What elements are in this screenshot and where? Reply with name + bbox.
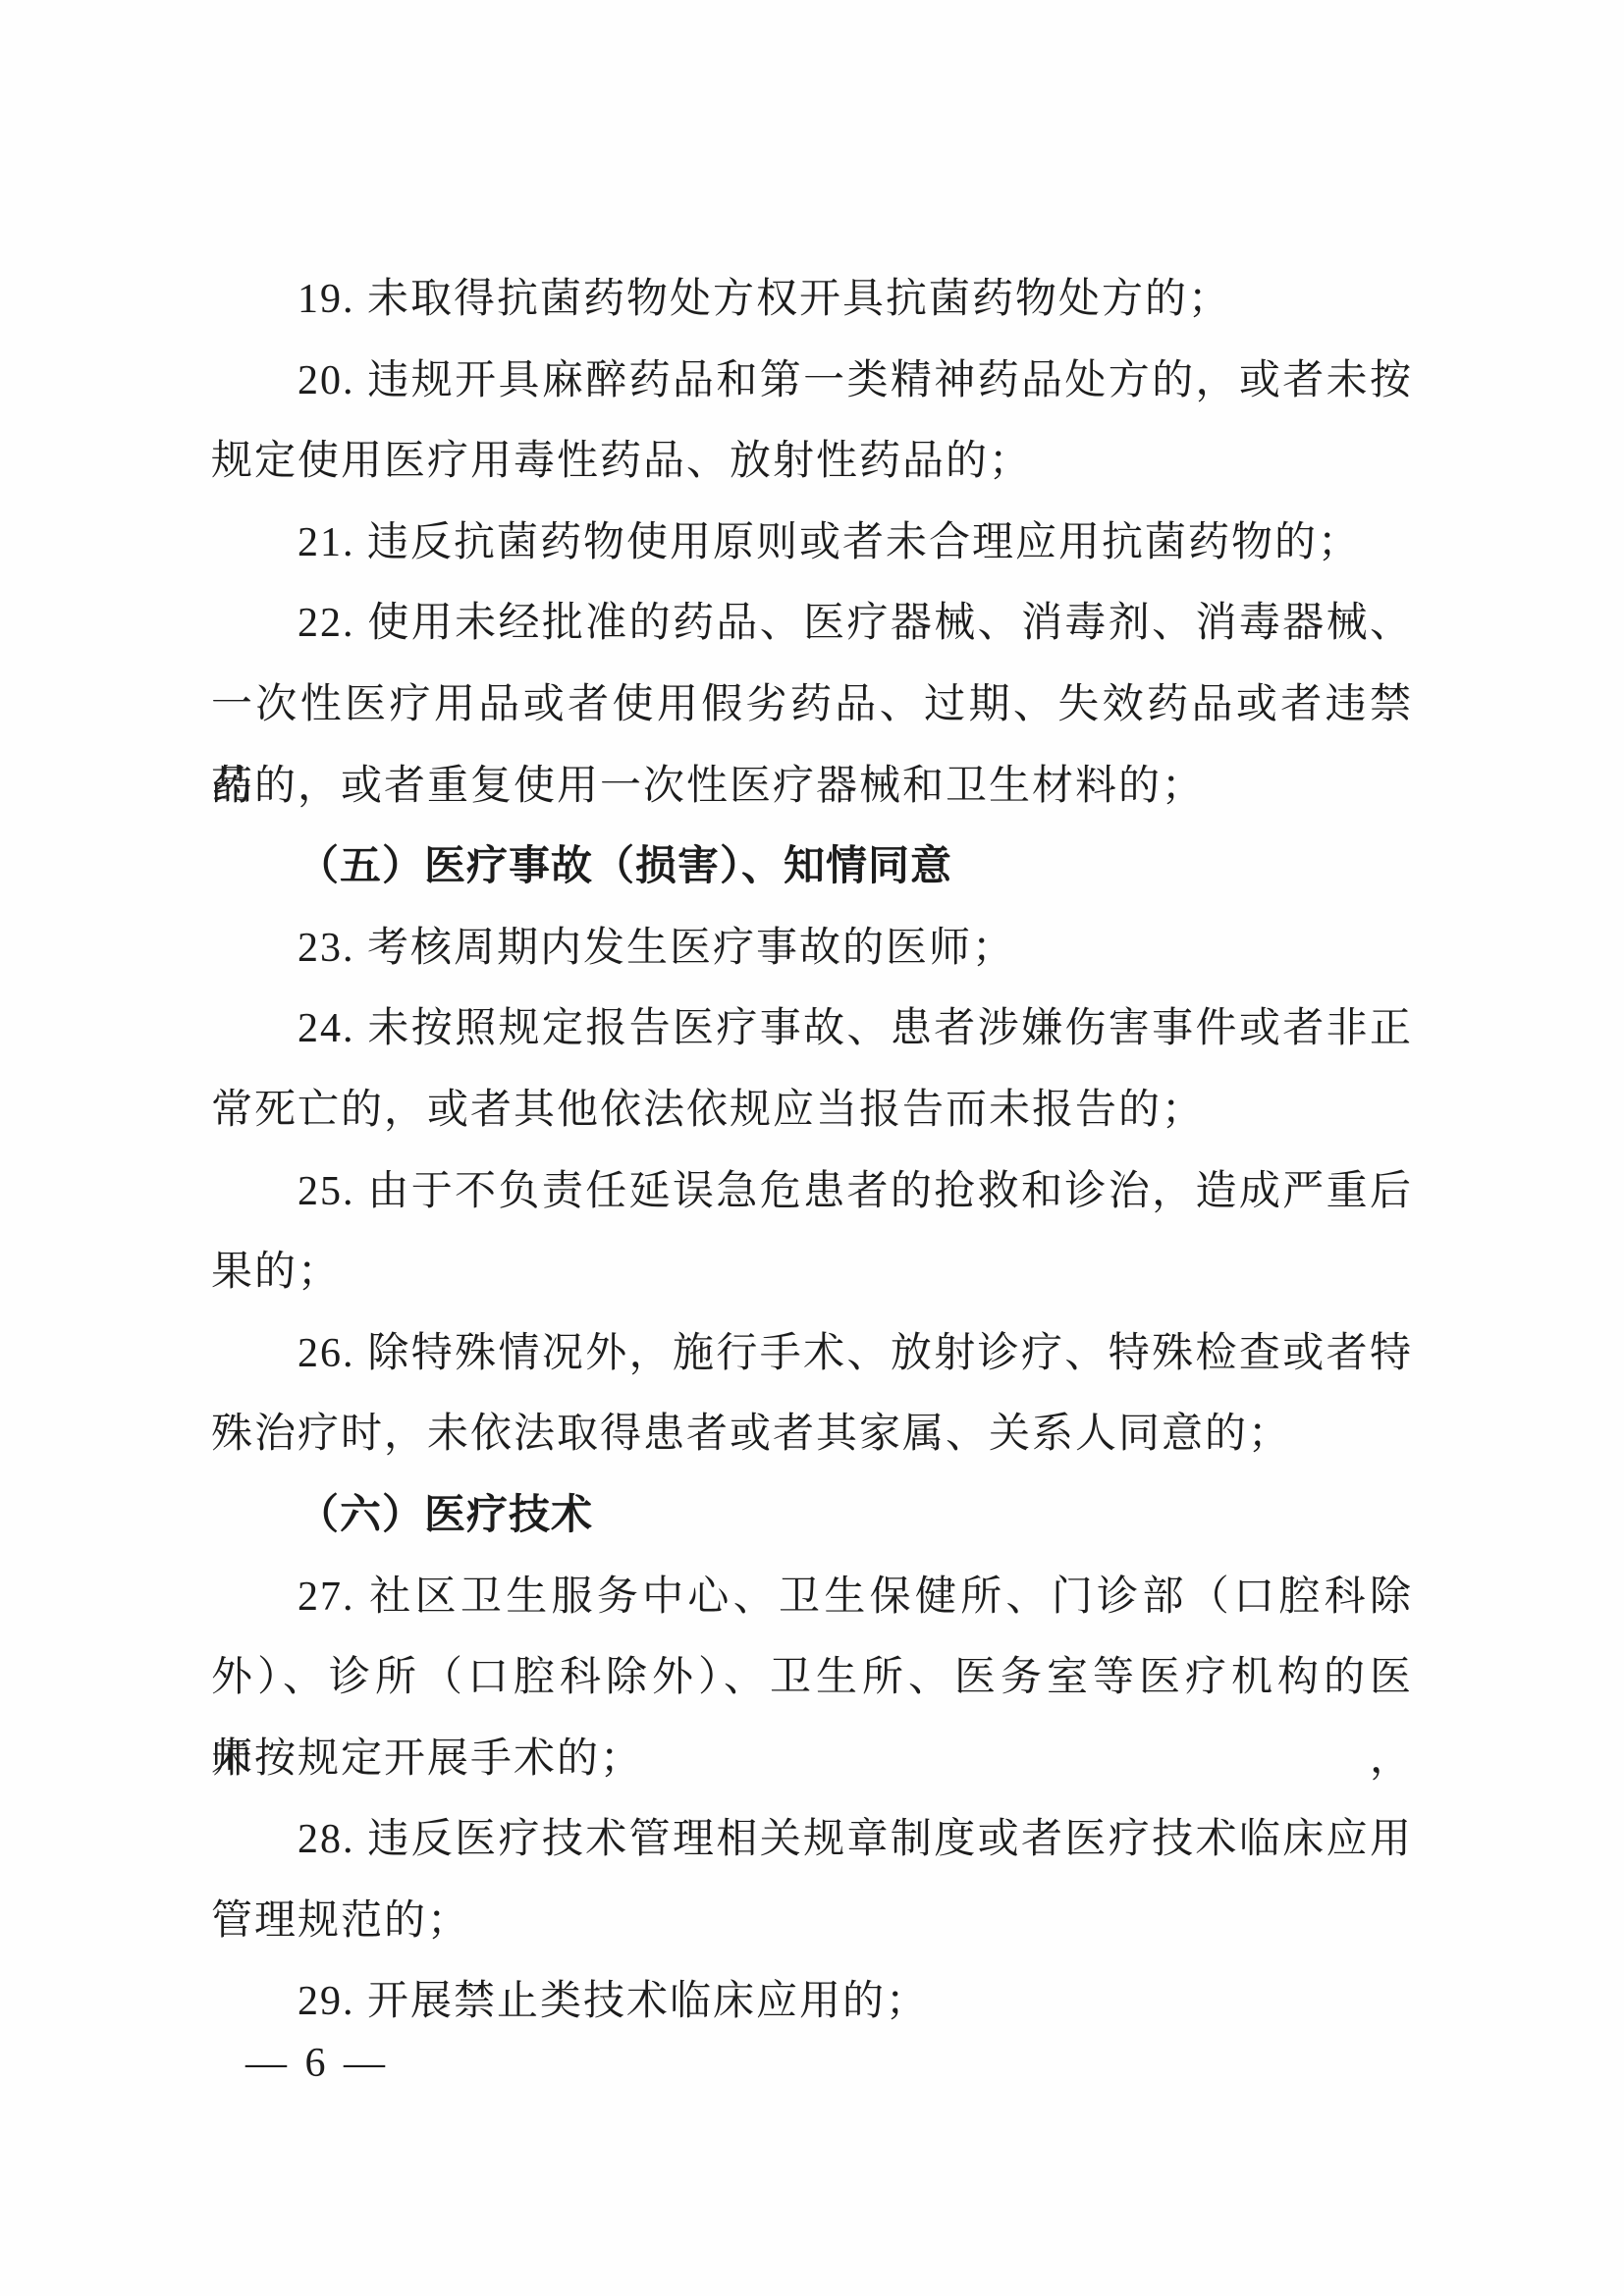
text-line: 22. 使用未经批准的药品、医疗器械、消毒剂、消毒器械、: [211, 583, 1413, 665]
section-heading: （五）医疗事故（损害）、知情同意: [211, 827, 1413, 908]
text-line: 一次性医疗用品或者使用假劣药品、过期、失效药品或者违禁药: [211, 665, 1413, 746]
text-line: 29. 开展禁止类技术临床应用的；: [211, 1961, 1413, 2043]
text-line: 24. 未按照规定报告医疗事故、患者涉嫌伤害事件或者非正: [211, 988, 1413, 1070]
document-body: 19. 未取得抗菌药物处方权开具抗菌药物处方的；20. 违规开具麻醉药品和第一类…: [211, 259, 1413, 2043]
text-line: 规定使用医疗用毒性药品、放射性药品的；: [211, 421, 1413, 503]
text-line: 25. 由于不负责任延误急危患者的抢救和诊治，造成严重后: [211, 1151, 1413, 1233]
text-line: 果的；: [211, 1232, 1413, 1313]
text-line: 20. 违规开具麻醉药品和第一类精神药品处方的，或者未按: [211, 341, 1413, 422]
text-line: 19. 未取得抗菌药物处方权开具抗菌药物处方的；: [211, 259, 1413, 341]
text-line: 常死亡的，或者其他依法依规应当报告而未报告的；: [211, 1070, 1413, 1151]
document-page: 19. 未取得抗菌药物处方权开具抗菌药物处方的；20. 违规开具麻醉药品和第一类…: [0, 0, 1624, 2296]
text-line: 管理规范的；: [211, 1881, 1413, 1962]
page-number: — 6 —: [245, 2040, 389, 2087]
section-heading: （六）医疗技术: [211, 1475, 1413, 1557]
text-line: 21. 违反抗菌药物使用原则或者未合理应用抗菌药物的；: [211, 503, 1413, 584]
text-line: 品的，或者重复使用一次性医疗器械和卫生材料的；: [211, 746, 1413, 828]
text-line: 28. 违反医疗技术管理相关规章制度或者医疗技术临床应用: [211, 1799, 1413, 1881]
text-line: 27. 社区卫生服务中心、卫生保健所、门诊部（口腔科除: [211, 1557, 1413, 1638]
text-line: 殊治疗时，未依法取得患者或者其家属、关系人同意的；: [211, 1394, 1413, 1475]
text-line: 26. 除特殊情况外，施行手术、放射诊疗、特殊检查或者特: [211, 1313, 1413, 1395]
text-line: 外）、诊所（口腔科除外）、卫生所、医务室等医疗机构的医师，: [211, 1637, 1413, 1719]
text-line: 23. 考核周期内发生医疗事故的医师；: [211, 908, 1413, 989]
